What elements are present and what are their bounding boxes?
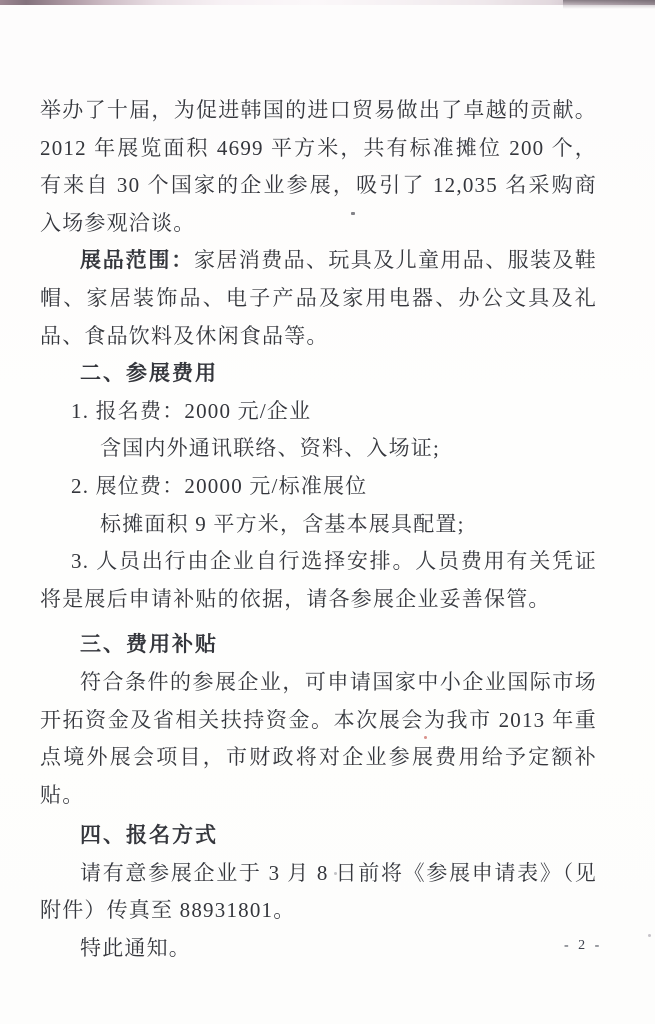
section-heading-signup: 四、报名方式 bbox=[40, 817, 597, 855]
exhibit-scope-paragraph: 展品范围：家居消费品、玩具及儿童用品、服装及鞋帽、家居装饰品、电子产品及家用电器… bbox=[40, 242, 597, 355]
exhibit-scope-label: 展品范围： bbox=[80, 249, 194, 272]
subsidy-paragraph: 符合条件的参展企业，可申请国家中小企业国际市场开拓资金及省相关扶持资金。本次展会… bbox=[40, 664, 597, 814]
scan-speck bbox=[351, 212, 355, 215]
scan-speck bbox=[648, 934, 651, 937]
signup-paragraph: 请有意参展企业于 3 月 8 日前将《参展申请表》（见附件）传真至 889318… bbox=[40, 855, 597, 930]
section-heading-subsidy: 三、费用补贴 bbox=[40, 626, 597, 664]
scanned-document-page: 举办了十届，为促进韩国的进口贸易做出了卓越的贡献。2012 年展览面积 4699… bbox=[0, 0, 655, 1024]
scan-speck-red bbox=[424, 736, 427, 739]
intro-paragraph: 举办了十届，为促进韩国的进口贸易做出了卓越的贡献。2012 年展览面积 4699… bbox=[40, 92, 597, 242]
fee-item-registration-note: 含国内外通讯联络、资料、入场证; bbox=[40, 430, 597, 468]
fee-item-travel: 3. 人员出行由企业自行选择安排。人员费用有关凭证将是展后申请补贴的依据，请各参… bbox=[40, 543, 597, 618]
section-heading-fees: 二、参展费用 bbox=[40, 355, 597, 393]
scan-artifact-top-right bbox=[563, 0, 655, 9]
fee-item-booth: 2. 展位费：20000 元/标准展位 bbox=[40, 468, 597, 506]
document-body: 举办了十届，为促进韩国的进口贸易做出了卓越的贡献。2012 年展览面积 4699… bbox=[40, 92, 597, 968]
fee-item-booth-note: 标摊面积 9 平方米，含基本展具配置; bbox=[40, 506, 597, 544]
page-number: - 2 - bbox=[564, 938, 602, 954]
fee-item-registration: 1. 报名费：2000 元/企业 bbox=[40, 393, 597, 431]
closing-notice: 特此通知。 bbox=[40, 930, 597, 968]
scan-artifact-top-band bbox=[0, 0, 655, 5]
scan-speck bbox=[334, 872, 337, 875]
